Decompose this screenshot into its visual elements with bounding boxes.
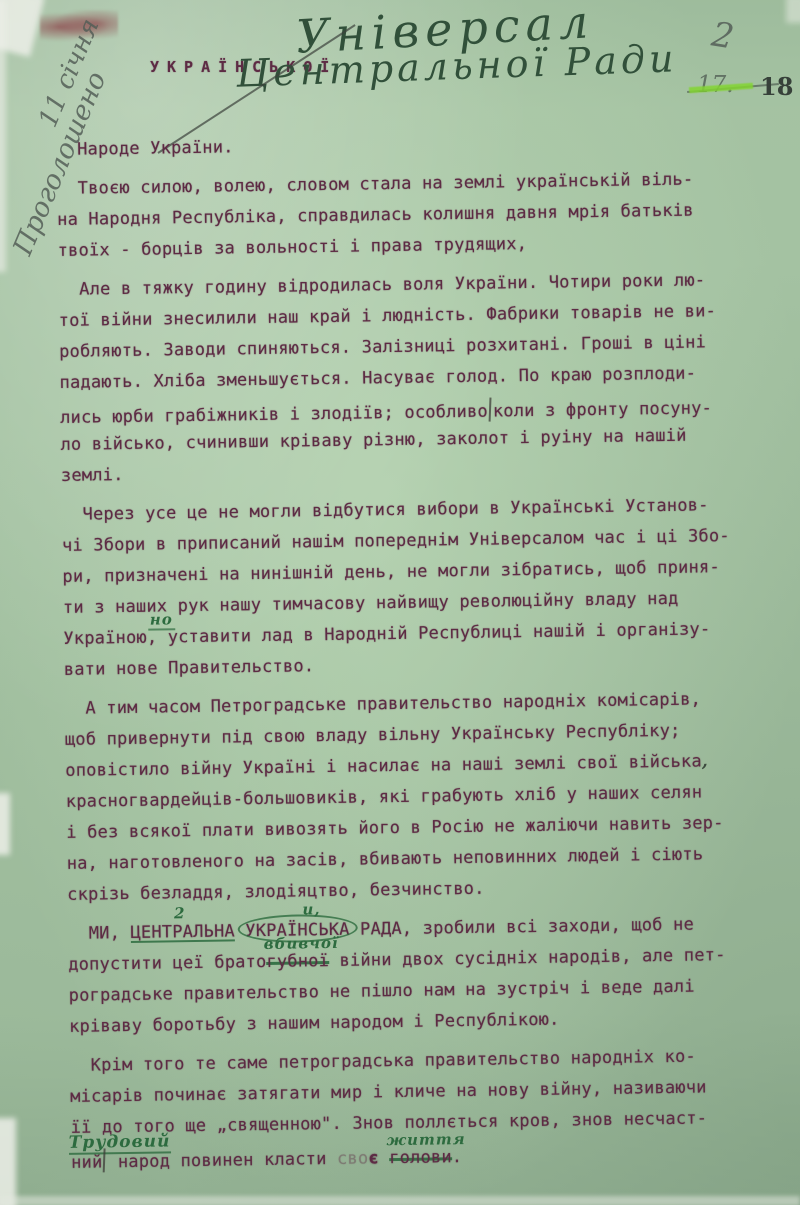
text-segment: А тим часом Петроградське правительство … [85,689,701,718]
text-segment: Але в тяжку годину відродилась воля Укра… [79,270,705,299]
text-segment: МИ, [89,923,131,944]
annotated-text-segment: , [702,751,708,771]
scan-corner-patch [0,0,45,57]
paragraph: Через усе це не могли відбутися вибори в… [61,495,766,691]
text-segment: землі. [61,465,124,486]
typewritten-text: Народе України.Твоєю силою, волею, слово… [56,130,773,1188]
pencil-page-number: 2 [709,15,737,58]
annotated-text-segment: є [368,1148,379,1168]
annotated-text-segment: Україною, устано [63,627,209,649]
annotated-text-segment: ЦЕНТРАЛЬНА2 [130,921,235,943]
page-number: 18 [760,72,793,101]
handwritten-correction: но [148,610,175,630]
text-segment [379,1148,390,1168]
paragraph: Народе України. [56,130,758,171]
pen-insertion-mark [488,398,491,422]
text-segment: допустити цеї брато [68,952,267,975]
text-segment: вати нове Правительство. [64,656,315,680]
scan-corner-patch [0,1118,16,1205]
text-segment: коли з фронту посуну- [493,398,712,421]
handwritten-correction: 2 [174,904,186,922]
paragraph: Але в тяжку годину відродилась воля Укра… [58,270,763,497]
scan-edge-patch [0,0,6,272]
text-segment: Твоєю силою, волею, словом стала на земл… [78,170,694,199]
paragraph: А тим часом Петроградське правительство … [64,689,769,916]
scanned-document-page: Універсал УКРАЇНСЬКОЇ Центральної Ради 2… [0,0,800,1205]
text-segment: . [452,1147,463,1167]
paragraph: Крім того те саме петроградська правител… [70,1045,774,1179]
annotated-text-segment: нийТрудовий [71,1152,108,1173]
scan-edge-patch [0,793,10,855]
annotated-text-segment: губноївбивчої [266,951,329,972]
text-segment: Через усе це не могли відбутися вибори в… [82,495,708,524]
text-segment: Крім того те саме петроградська правител… [91,1047,696,1076]
annotated-text-segment: головижиття [389,1147,452,1168]
text-line: Народе України. [56,130,758,171]
text-segment: РАДА, зробили всі заходи, щоб не [350,915,695,940]
paragraph: МИ, ЦЕНТРАЛЬНА2 УКРАЇНСЬКАи, РАДА, зроби… [68,913,772,1047]
annotated-text-segment: лись юрби грабіжників і злодіїв; особлив… [60,402,493,428]
handwritten-correction: и, [302,900,320,918]
handwritten-correction: вбивчої [264,934,339,953]
text-segment: народ повинен класти [107,1149,337,1172]
annotated-text-segment: сво [337,1148,369,1168]
scan-edge-patch [0,1196,800,1205]
crossed-out-number: 17. [697,72,734,98]
paragraph: Твоєю силою, волею, словом стала на земл… [57,169,760,272]
scan-corner-patch [786,0,800,23]
text-segment: Народе України. [77,137,234,159]
